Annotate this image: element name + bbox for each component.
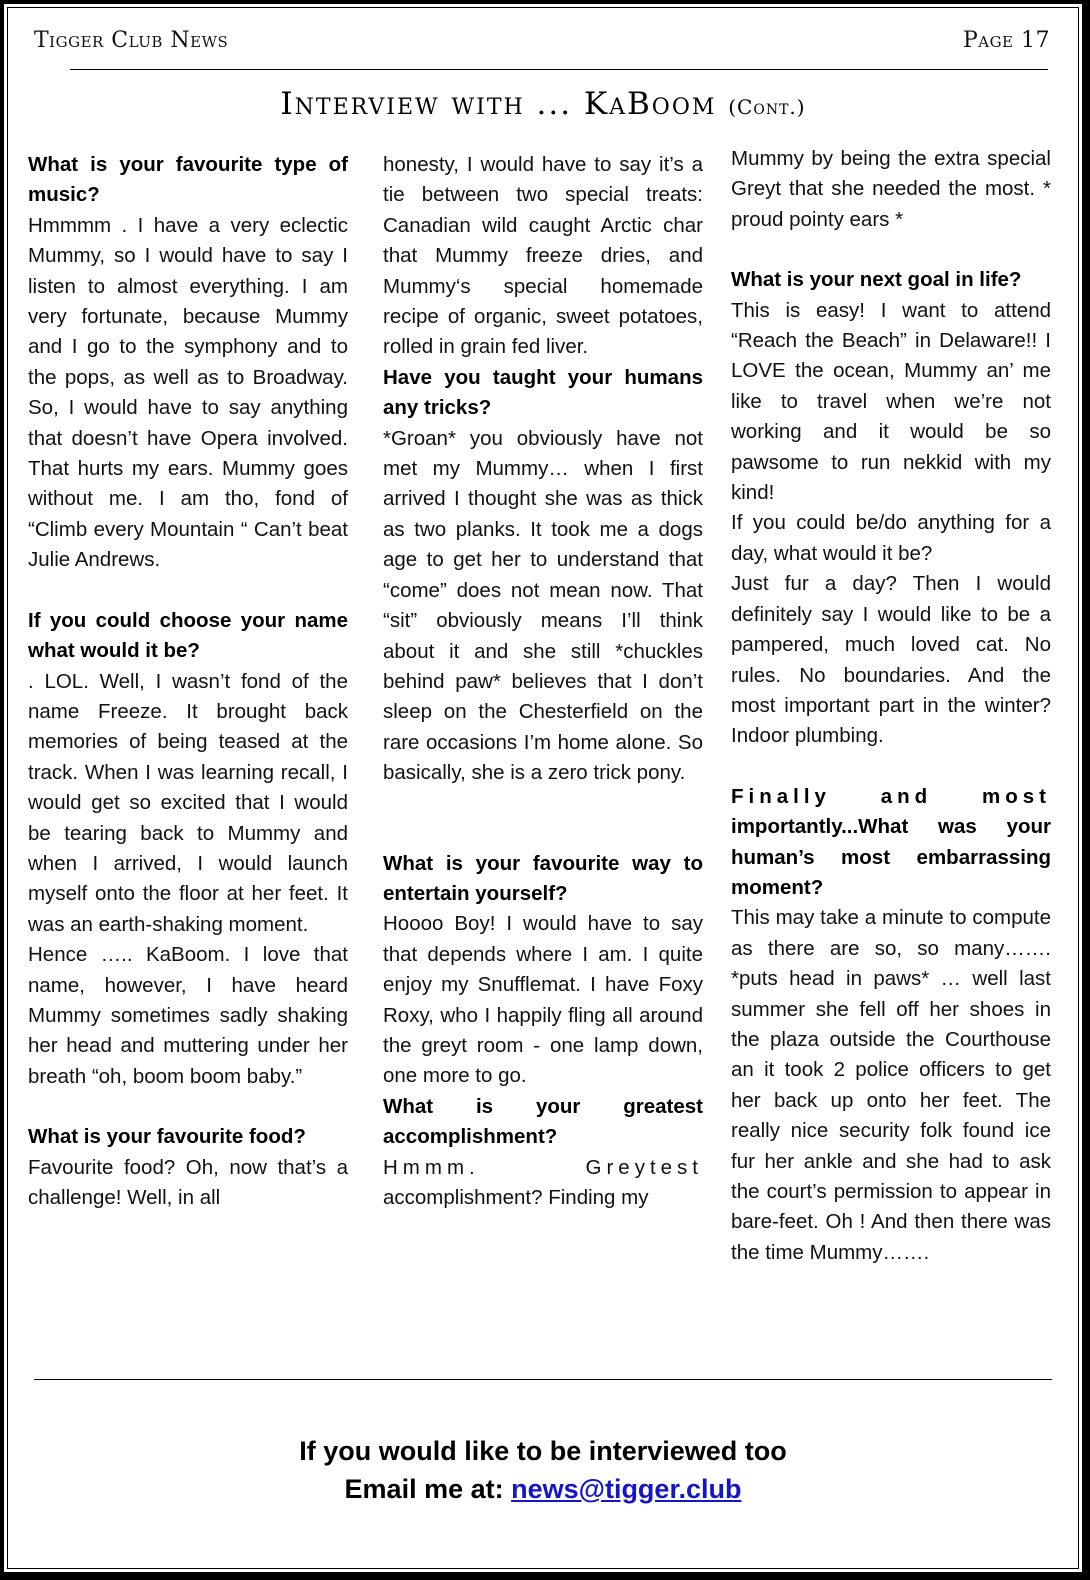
page-number: Page 17 [963, 28, 1050, 53]
interview-answer: accomplishment? Finding my [383, 1183, 703, 1213]
interview-answer: Favourite food? Oh, now that’s a challen… [28, 1153, 348, 1214]
interview-answer: If you could be/do anything for a day, w… [731, 508, 1051, 569]
interview-answer: Hmmm. Greytest [383, 1153, 703, 1183]
interview-question: What is your favourite way to entertain … [383, 849, 703, 910]
spacer [383, 789, 703, 849]
column-3: Mummy by being the extra special Greyt t… [731, 144, 1051, 1268]
interview-question: What is your next goal in life? [731, 265, 1051, 295]
header-divider [70, 69, 1048, 70]
article-title-text: Interview with ... KaBoom [280, 86, 716, 122]
interview-question: What is your favourite type of music? [28, 150, 348, 211]
interview-answer: This may take a minute to compute as the… [731, 903, 1051, 1268]
interview-answer: Mummy by being the extra special Greyt t… [731, 144, 1051, 235]
interview-question: What is your favourite food? [28, 1122, 348, 1152]
cta-email-prefix: Email me at: [345, 1474, 512, 1504]
interview-answer: *Groan* you obviously have not met my Mu… [383, 424, 703, 789]
interview-question: Have you taught your humans any tricks? [383, 363, 703, 424]
column-1: What is your favourite type of music?Hmm… [28, 150, 348, 1213]
interview-answer: Hmmmm . I have a very eclectic Mummy, so… [28, 211, 348, 576]
newsletter-page: Tigger Club News Page 17 Interview with … [4, 4, 1082, 1572]
interview-question: importantly...What was your human’s most… [731, 812, 1051, 903]
interview-answer: Hence ….. KaBoom. I love that name, howe… [28, 940, 348, 1092]
interview-question: Finally and most [731, 782, 1051, 812]
spacer [28, 1092, 348, 1122]
interview-answer: . LOL. Well, I wasn’t fond of the name F… [28, 667, 348, 941]
interview-answer: Just fur a day? Then I would definitely … [731, 569, 1051, 751]
running-header: Tigger Club News Page 17 [34, 28, 1050, 58]
footer-divider [34, 1379, 1052, 1380]
email-link[interactable]: news@tigger.club [511, 1474, 741, 1504]
cta-line-1: If you would like to be interviewed too [4, 1432, 1082, 1470]
interview-call-to-action: If you would like to be interviewed too … [4, 1432, 1082, 1508]
interview-answer: Hoooo Boy! I would have to say that depe… [383, 909, 703, 1091]
interview-answer: honesty, I would have to say it’s a tie … [383, 150, 703, 363]
spacer [731, 752, 1051, 782]
interview-answer: This is easy! I want to attend “Reach th… [731, 296, 1051, 509]
cta-line-2: Email me at: news@tigger.club [4, 1470, 1082, 1508]
article-title: Interview with ... KaBoom (Cont.) [4, 86, 1082, 122]
article-title-suffix: (Cont.) [728, 95, 805, 119]
publication-name: Tigger Club News [34, 28, 228, 53]
spacer [731, 235, 1051, 265]
spacer [28, 576, 348, 606]
interview-question: If you could choose your name what would… [28, 606, 348, 667]
interview-question: What is your greatest accomplishment? [383, 1092, 703, 1153]
column-2: honesty, I would have to say it’s a tie … [383, 150, 703, 1213]
page-frame: Tigger Club News Page 17 Interview with … [0, 0, 1090, 1580]
